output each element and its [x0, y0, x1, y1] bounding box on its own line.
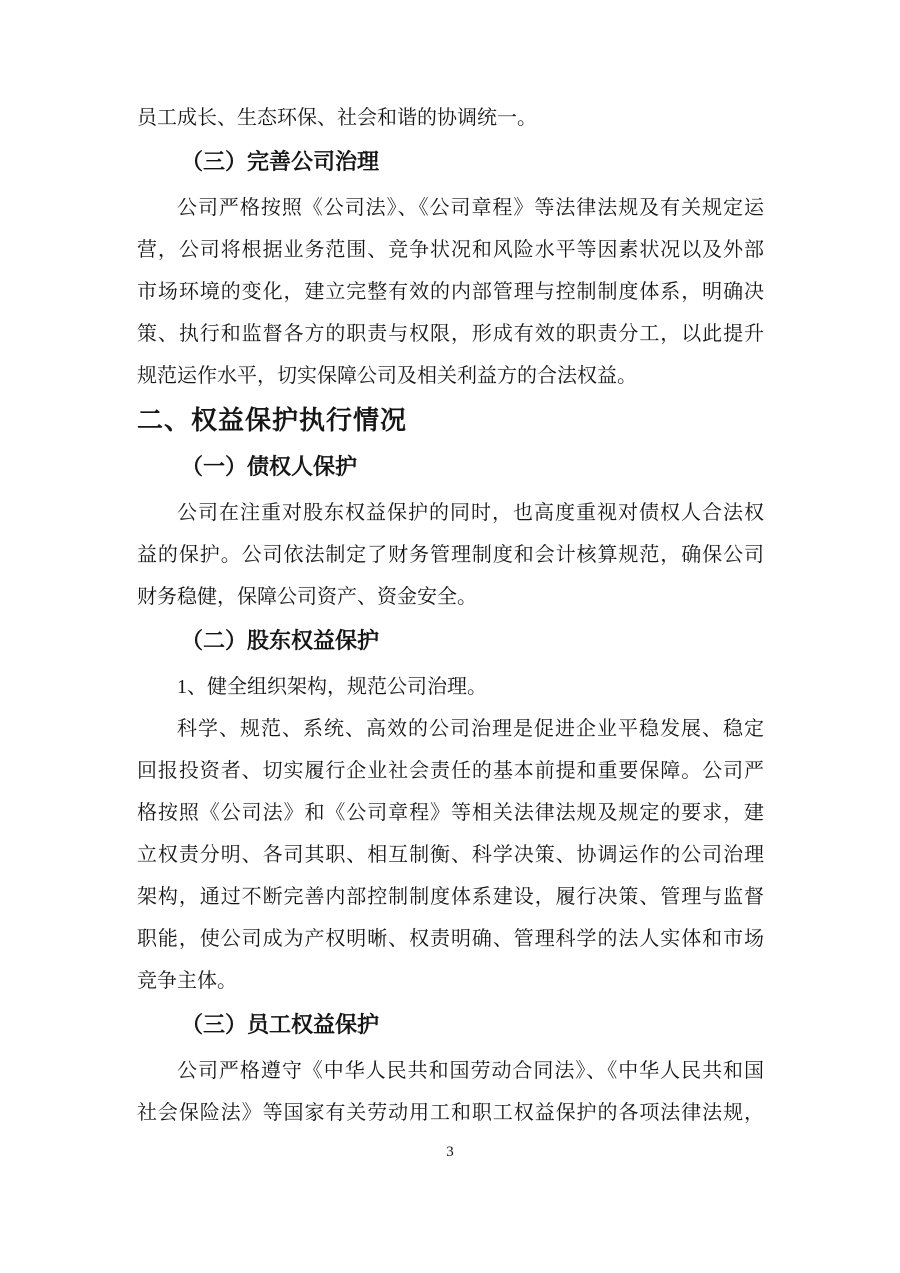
body-line: 市场环境的变化，建立完整有效的内部管理与控制制度体系，明确决 — [137, 271, 764, 313]
body-line: 社会保险法》等国家有关劳动用工和职工权益保护的各项法律法规， — [137, 1092, 764, 1134]
document-content: 员工成长、生态环保、社会和谐的协调统一。（三）完善公司治理公司严格按照《公司法》… — [0, 0, 900, 1134]
body-line: 公司在注重对股东权益保护的同时，也高度重视对债权人合法权 — [137, 492, 764, 534]
body-line: 竞争主体。 — [137, 960, 764, 1002]
body-line: 规范运作水平，切实保障公司及相关利益方的合法权益。 — [137, 355, 764, 397]
page-number: 3 — [0, 1142, 900, 1162]
body-line: 员工成长、生态环保、社会和谐的协调统一。 — [137, 97, 764, 139]
subsection-heading: （二）股东权益保护 — [137, 620, 764, 662]
body-line: 策、执行和监督各方的职责与权限，形成有效的职责分工，以此提升 — [137, 313, 764, 355]
body-line: 财务稳健，保障公司资产、资金安全。 — [137, 576, 764, 618]
subsection-heading: （一）债权人保护 — [137, 446, 764, 488]
subsection-heading: （三）完善公司治理 — [137, 141, 764, 183]
body-line: 益的保护。公司依法制定了财务管理制度和会计核算规范，确保公司 — [137, 534, 764, 576]
body-line: 科学、规范、系统、高效的公司治理是促进企业平稳发展、稳定 — [137, 708, 764, 750]
section-heading: 二、权益保护执行情况 — [137, 398, 764, 442]
body-line: 公司严格遵守《中华人民共和国劳动合同法》、《中华人民共和国 — [137, 1050, 764, 1092]
body-line: 公司严格按照《公司法》、《公司章程》等法律法规及有关规定运 — [137, 187, 764, 229]
body-line: 1、健全组织架构，规范公司治理。 — [137, 666, 764, 708]
body-line: 职能，使公司成为产权明晰、权责明确、管理科学的法人实体和市场 — [137, 918, 764, 960]
body-line: 架构，通过不断完善内部控制制度体系建设，履行决策、管理与监督 — [137, 876, 764, 918]
document-page: 员工成长、生态环保、社会和谐的协调统一。（三）完善公司治理公司严格按照《公司法》… — [0, 0, 900, 1273]
body-line: 格按照《公司法》和《公司章程》等相关法律法规及规定的要求，建 — [137, 792, 764, 834]
subsection-heading: （三）员工权益保护 — [137, 1004, 764, 1046]
body-line: 立权责分明、各司其职、相互制衡、科学决策、协调运作的公司治理 — [137, 834, 764, 876]
body-line: 营，公司将根据业务范围、竞争状况和风险水平等因素状况以及外部 — [137, 229, 764, 271]
body-line: 回报投资者、切实履行企业社会责任的基本前提和重要保障。公司严 — [137, 750, 764, 792]
